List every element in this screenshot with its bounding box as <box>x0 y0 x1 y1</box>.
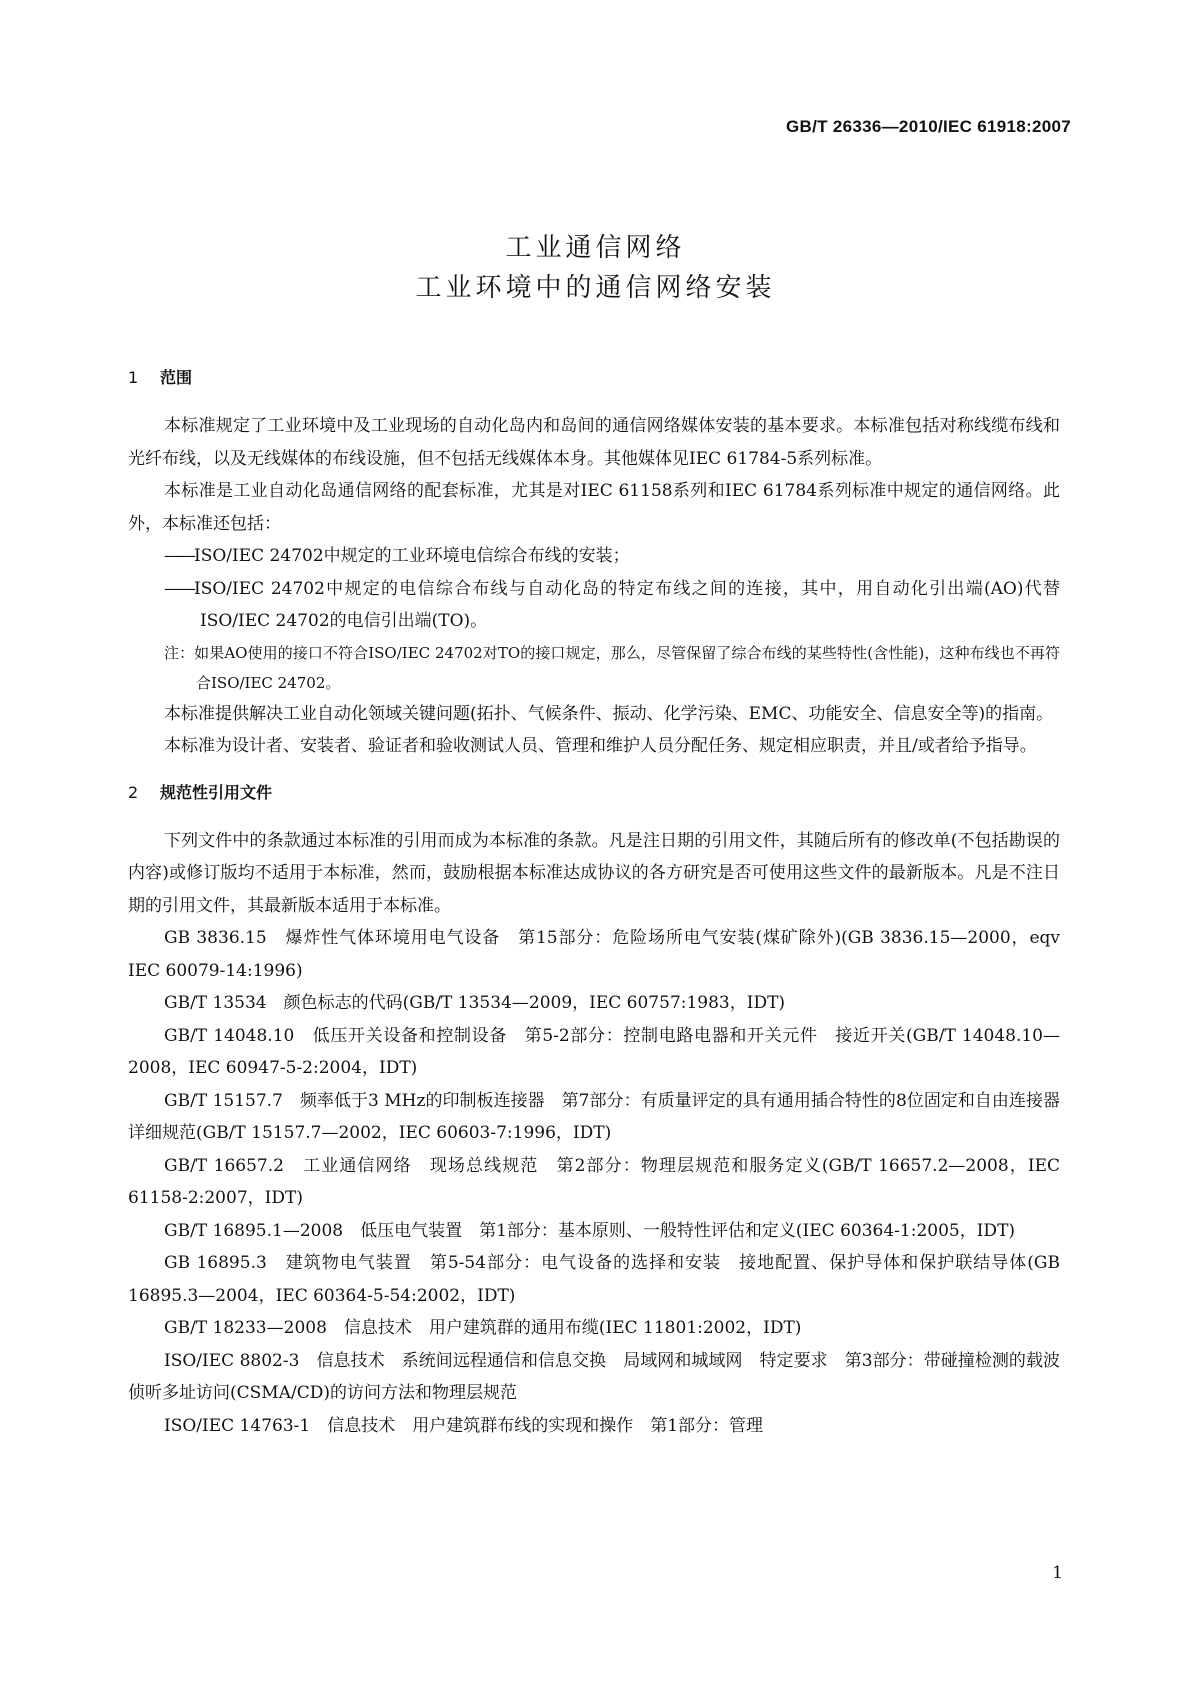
document-title: 工业通信网络 工业环境中的通信网络安装 <box>0 228 1191 308</box>
paragraph: 本标准提供解决工业自动化领域关键问题(拓扑、气候条件、振动、化学污染、EMC、功… <box>128 698 1060 731</box>
note: 注：如果AO使用的接口不符合ISO/IEC 24702对TO的接口规定，那么，尽… <box>128 638 1060 698</box>
reference-entry: GB/T 16657.2 工业通信网络 现场总线规范 第2部分：物理层规范和服务… <box>128 1150 1060 1215</box>
title-line-1: 工业通信网络 <box>0 228 1191 268</box>
reference-entry: GB/T 18233—2008 信息技术 用户建筑群的通用布缆(IEC 1180… <box>128 1312 1060 1345</box>
reference-entry: ISO/IEC 14763-1 信息技术 用户建筑群布线的实现和操作 第1部分：… <box>128 1410 1060 1443</box>
section-heading-scope: 1范围 <box>128 368 1060 410</box>
reference-entry: GB 16895.3 建筑物电气装置 第5-54部分：电气设备的选择和安装 接地… <box>128 1247 1060 1312</box>
dash-bullet: —— <box>164 579 194 599</box>
paragraph: 本标准规定了工业环境中及工业现场的自动化岛内和岛间的通信网络媒体安装的基本要求。… <box>128 410 1060 475</box>
section-number: 1 <box>128 368 160 388</box>
reference-entry: GB/T 15157.7 频率低于3 MHz的印制板连接器 第7部分：有质量评定… <box>128 1085 1060 1150</box>
reference-entry: ISO/IEC 8802-3 信息技术 系统间远程通信和信息交换 局域网和城域网… <box>128 1345 1060 1410</box>
dash-list-item: ——ISO/IEC 24702中规定的工业环境电信综合布线的安装； <box>128 540 1060 573</box>
reference-entry: GB/T 14048.10 低压开关设备和控制设备 第5-2部分：控制电路电器和… <box>128 1020 1060 1085</box>
title-line-2: 工业环境中的通信网络安装 <box>0 268 1191 308</box>
section-heading-normative-references: 2规范性引用文件 <box>128 783 1060 825</box>
section-title: 规范性引用文件 <box>160 783 272 802</box>
paragraph: 本标准为设计者、安装者、验证者和验收测试人员、管理和维护人员分配任务、规定相应职… <box>128 730 1060 763</box>
paragraph: 本标准是工业自动化岛通信网络的配套标准，尤其是对IEC 61158系列和IEC … <box>128 475 1060 540</box>
page-number: 1 <box>1052 1563 1063 1583</box>
dash-bullet: —— <box>164 546 194 566</box>
dash-list-item: ——ISO/IEC 24702中规定的电信综合布线与自动化岛的特定布线之间的连接… <box>128 573 1060 638</box>
document-body: 1范围 本标准规定了工业环境中及工业现场的自动化岛内和岛间的通信网络媒体安装的基… <box>128 368 1060 1442</box>
reference-entry: GB/T 13534 颜色标志的代码(GB/T 13534—2009，IEC 6… <box>128 987 1060 1020</box>
reference-entry: GB/T 16895.1—2008 低压电气装置 第1部分：基本原则、一般特性评… <box>128 1215 1060 1248</box>
paragraph: 下列文件中的条款通过本标准的引用而成为本标准的条款。凡是注日期的引用文件，其随后… <box>128 825 1060 923</box>
reference-entry: GB 3836.15 爆炸性气体环境用电气设备 第15部分：危险场所电气安装(煤… <box>128 922 1060 987</box>
section-number: 2 <box>128 783 160 803</box>
section-title: 范围 <box>160 368 192 387</box>
standard-number-header: GB/T 26336—2010/IEC 61918:2007 <box>786 117 1071 137</box>
